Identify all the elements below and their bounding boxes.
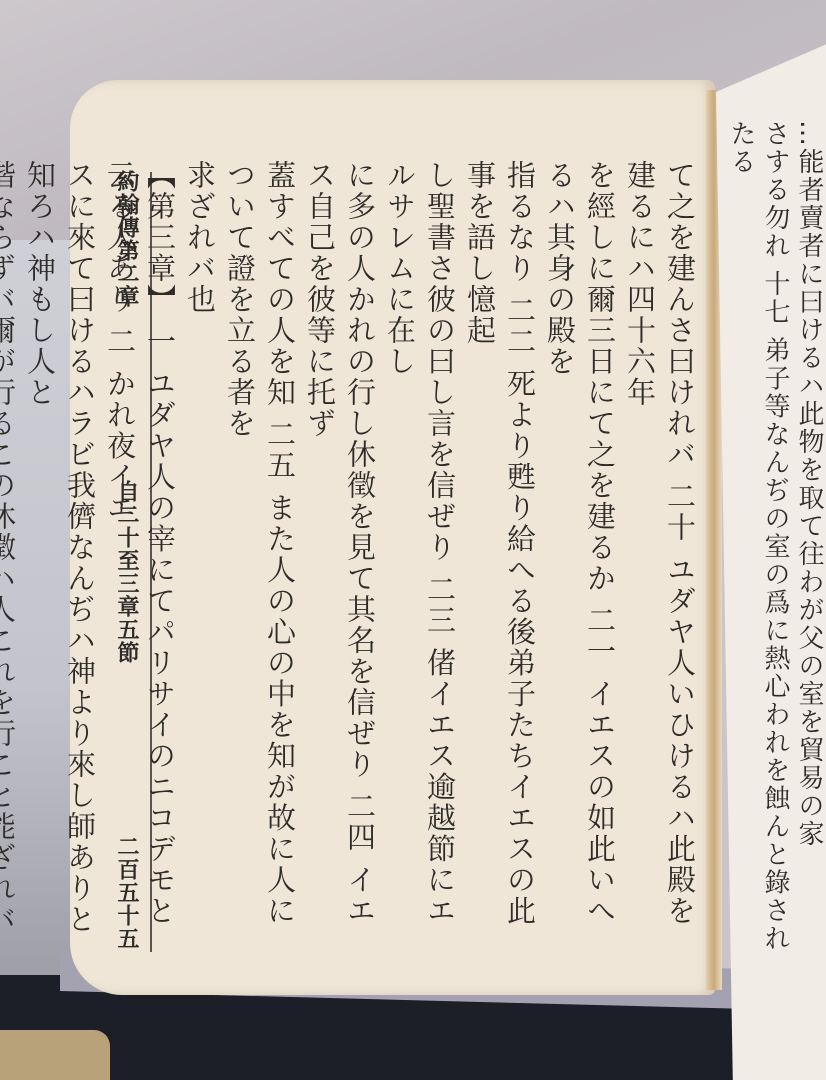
text-column: 偕ならずバ爾が行るこの休徵ハ人これを行こと能ざれバ也 三 イエス答て [0,160,20,950]
text-column: 蓋すべての人を知 二五 また人の心の中を知が故に人について證を立る者を [220,160,300,950]
text-column: し聖書さ彼の曰し言を信ぜり 二三 偖イエス逾越節にエルサレムに在し [380,160,460,950]
text-column: スに來て曰けるハラビ我儕なんぢハ神より來し師ありと知ろハ神もし人と [20,160,100,950]
text-column: 求ざれバ也 [180,160,220,950]
text-column: て之を建んさ曰けれバ 二十 ユダヤ人いひけるハ此殿を建るにハ四十六年 [620,160,700,950]
text-column: さする勿れ 十七 弟子等なんぢの室の爲に熱心われを蝕んと錄されたる [730,120,792,980]
text-column-chapter-start: 【第三章】 一 ユダヤ人の宰にてパリサイのニコデモと云る人あり 二 かれ夜イエ [100,160,180,950]
text-column: …能者賣者に曰けるハ此物を取て往わが父の室を貿易の家 [792,120,826,980]
text-column: 指るなり 二二 死より甦り給へる後弟子たちイエスの此事を語し憶起 [460,160,540,950]
text-column: に多の人かれの行し休徵を見て其名を信ぜり 二四 イエス自己を彼等に托ず [300,160,380,950]
text-column: を經しに爾三日にて之を建るか 二一 イエスの如此いへるハ其身の殿を [540,160,620,950]
tan-object [0,1030,110,1080]
right-page-text: …能者賣者に曰けるハ此物を取て往わが父の室を貿易の家 さする勿れ 十七 弟子等な… [730,120,826,980]
left-page-text: て之を建んさ曰けれバ 二十 ユダヤ人いひけるハ此殿を建るにハ四十六年 を經しに爾… [155,160,700,950]
